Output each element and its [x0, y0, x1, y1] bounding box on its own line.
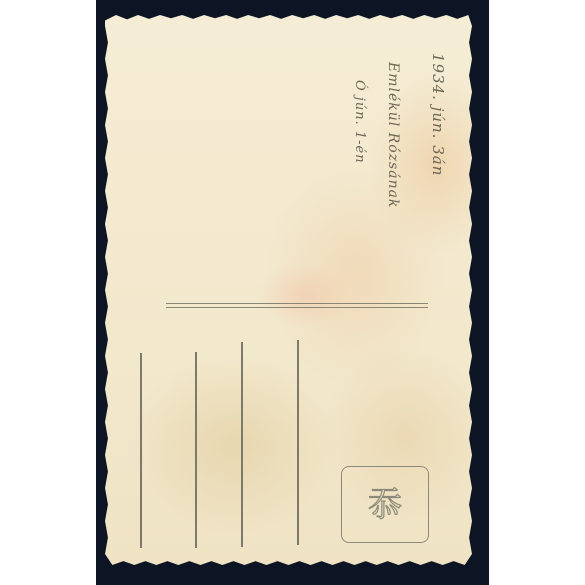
address-line-3	[241, 342, 243, 547]
divider-double-line	[166, 303, 428, 308]
address-line-2	[195, 352, 197, 548]
stamp-mark-icon: 忝	[368, 488, 402, 522]
postcard-back: 1934. jún. 3án Emlékül Rózsának Ó jún. 1…	[105, 15, 472, 565]
handwritten-dedication: Emlékül Rózsának	[385, 62, 401, 208]
handwritten-note: Ó jún. 1-én	[352, 80, 367, 164]
stamp-box: 忝	[341, 466, 429, 543]
address-line-1	[140, 353, 142, 548]
address-line-4	[297, 340, 299, 545]
handwritten-date: 1934. jún. 3án	[429, 53, 447, 176]
